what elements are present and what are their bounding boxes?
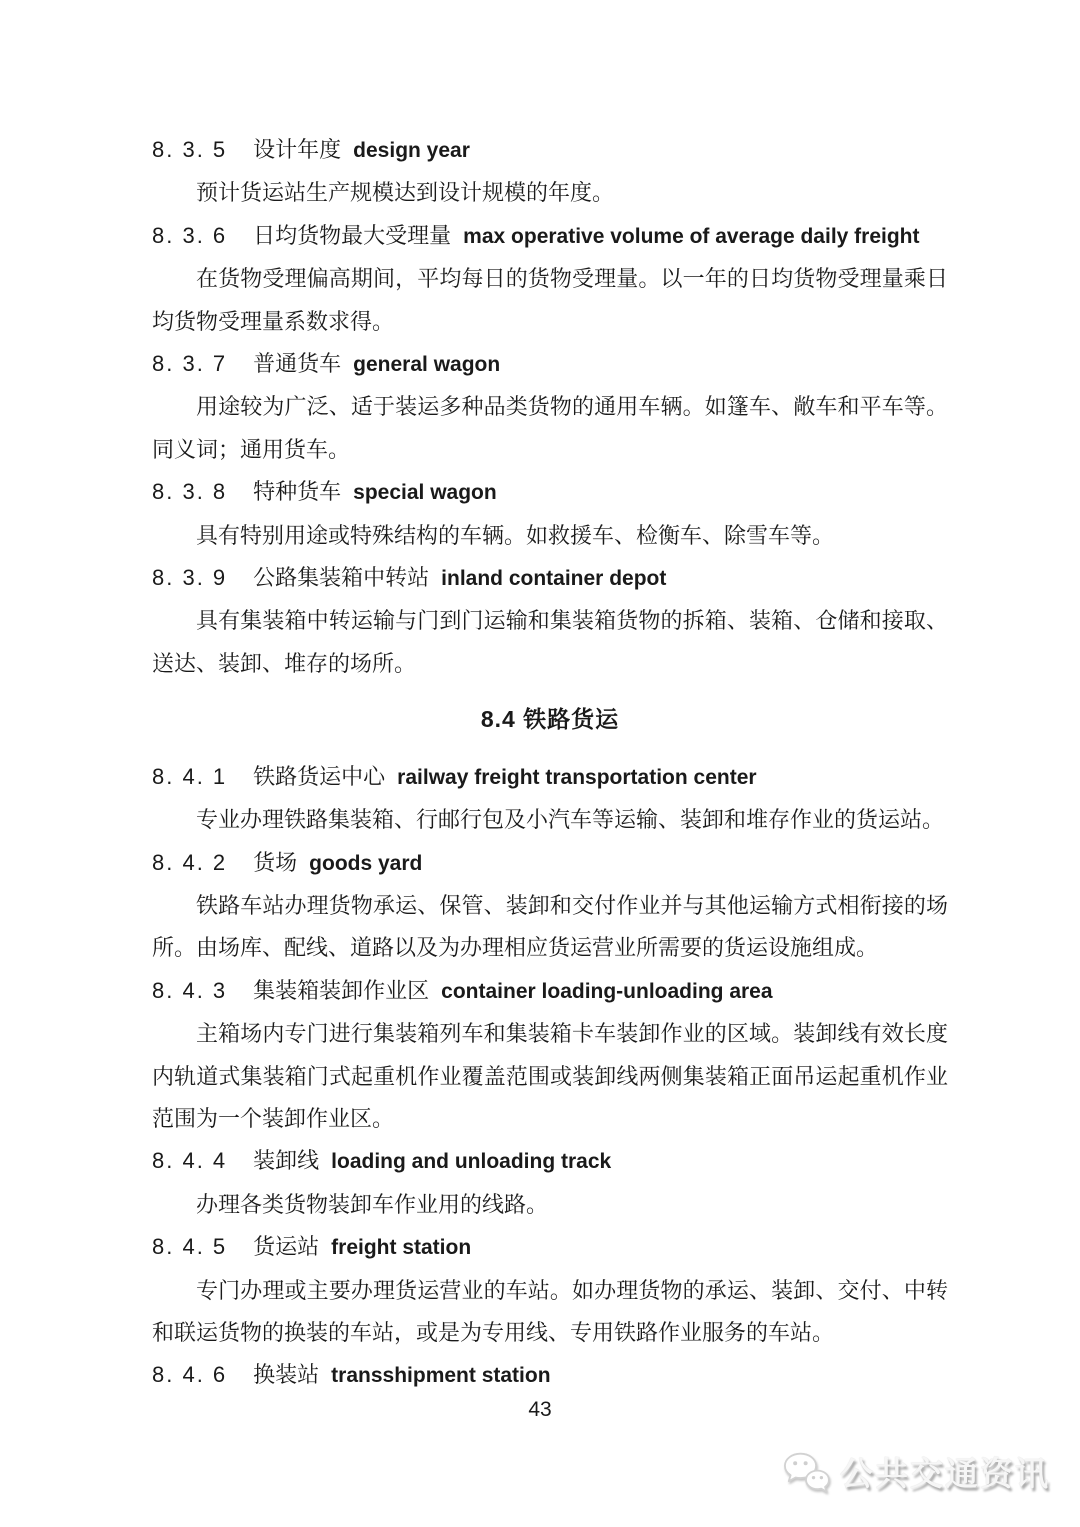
term-number: 8. 4. 6: [152, 1362, 227, 1387]
term-block: 8. 4. 5货运站freight station专门办理或主要办理货运营业的车…: [152, 1226, 948, 1354]
term-english: freight station: [331, 1236, 471, 1259]
term-number: 8. 4. 3: [152, 978, 227, 1003]
term-number: 8. 4. 5: [152, 1234, 227, 1259]
term-definition: 专门办理或主要办理货运营业的车站。如办理货物的承运、装卸、交付、中转和联运货物的…: [152, 1270, 948, 1355]
term-english: loading and unloading track: [331, 1150, 611, 1173]
term-block: 8. 3. 9公路集装箱中转站inland container depot具有集…: [152, 557, 948, 685]
term-chinese: 装卸线: [253, 1148, 319, 1173]
term-definition: 具有特别用途或特殊结构的车辆。如救援车、检衡车、除雪车等。: [152, 515, 948, 557]
term-number: 8. 3. 6: [152, 223, 227, 248]
term-heading: 8. 3. 9公路集装箱中转站inland container depot: [152, 557, 948, 600]
wechat-icon: [782, 1450, 830, 1494]
term-heading: 8. 4. 3集装箱装卸作业区container loading-unloadi…: [152, 970, 948, 1013]
term-chinese: 公路集装箱中转站: [253, 565, 429, 590]
term-heading: 8. 4. 5货运站freight station: [152, 1226, 948, 1269]
term-heading: 8. 4. 4装卸线loading and unloading track: [152, 1140, 948, 1183]
watermark-label: 公共交通资讯: [840, 1448, 1050, 1495]
term-number: 8. 3. 5: [152, 137, 227, 162]
term-chinese: 特种货车: [253, 479, 341, 504]
term-block: 8. 4. 4装卸线loading and unloading track办理各…: [152, 1140, 948, 1226]
term-english: container loading-unloading area: [441, 980, 772, 1003]
section-heading: 8.4 铁路货运: [152, 698, 948, 740]
term-number: 8. 3. 7: [152, 351, 227, 376]
term-heading: 8. 3. 8特种货车special wagon: [152, 471, 948, 514]
term-block: 8. 4. 2货场goods yard铁路车站办理货物承运、保管、装卸和交付作业…: [152, 842, 948, 970]
term-chinese: 日均货物最大受理量: [253, 223, 451, 248]
term-definition: 铁路车站办理货物承运、保管、装卸和交付作业并与其他运输方式相衔接的场所。由场库、…: [152, 885, 948, 970]
term-block: 8. 4. 1铁路货运中心railway freight transportat…: [152, 756, 948, 842]
term-english: inland container depot: [441, 567, 666, 590]
term-number: 8. 4. 4: [152, 1148, 227, 1173]
term-heading: 8. 3. 6日均货物最大受理量max operative volume of …: [152, 215, 948, 258]
term-definition: 预计货运站生产规模达到设计规模的年度。: [152, 172, 948, 214]
term-chinese: 换装站: [253, 1362, 319, 1387]
term-english: special wagon: [353, 481, 497, 504]
term-heading: 8. 4. 6换装站transshipment station: [152, 1354, 948, 1397]
term-chinese: 设计年度: [253, 137, 341, 162]
term-english: railway freight transportation center: [397, 766, 756, 789]
term-number: 8. 3. 8: [152, 479, 227, 504]
term-english: max operative volume of average daily fr…: [463, 225, 919, 248]
term-block: 8. 4. 3集装箱装卸作业区container loading-unloadi…: [152, 970, 948, 1141]
term-chinese: 普通货车: [253, 351, 341, 376]
term-number: 8. 3. 9: [152, 565, 227, 590]
term-chinese: 货场: [253, 850, 297, 875]
term-definition: 办理各类货物装卸车作业用的线路。: [152, 1184, 948, 1226]
term-definition: 专业办理铁路集装箱、行邮行包及小汽车等运输、装卸和堆存作业的货运站。: [152, 799, 948, 841]
term-block: 8. 3. 5设计年度design year预计货运站生产规模达到设计规模的年度…: [152, 129, 948, 215]
term-block: 8. 3. 8特种货车special wagon具有特别用途或特殊结构的车辆。如…: [152, 471, 948, 557]
term-block: 8. 3. 7普通货车general wagon用途较为广泛、适于装运多种品类货…: [152, 343, 948, 471]
term-definition: 具有集装箱中转运输与门到门运输和集装箱货物的拆箱、装箱、仓储和接取、送达、装卸、…: [152, 600, 948, 685]
term-heading: 8. 3. 7普通货车general wagon: [152, 343, 948, 386]
term-definition: 用途较为广泛、适于装运多种品类货物的通用车辆。如篷车、敞车和平车等。同义词；通用…: [152, 386, 948, 471]
document-page: 8. 3. 5设计年度design year预计货运站生产规模达到设计规模的年度…: [0, 0, 1080, 1398]
term-heading: 8. 4. 1铁路货运中心railway freight transportat…: [152, 756, 948, 799]
terminology-content: 8. 3. 5设计年度design year预计货运站生产规模达到设计规模的年度…: [0, 0, 1080, 1398]
watermark: 公共交通资讯: [782, 1448, 1050, 1495]
term-english: design year: [353, 139, 470, 162]
term-english: goods yard: [309, 852, 422, 875]
term-heading: 8. 4. 2货场goods yard: [152, 842, 948, 885]
term-chinese: 铁路货运中心: [253, 764, 385, 789]
term-block: 8. 4. 6换装站transshipment station: [152, 1354, 948, 1397]
term-english: transshipment station: [331, 1364, 550, 1387]
term-definition: 主箱场内专门进行集装箱列车和集装箱卡车装卸作业的区域。装卸线有效长度内轨道式集装…: [152, 1013, 948, 1140]
page-number: 43: [0, 1398, 1080, 1422]
term-block: 8. 3. 6日均货物最大受理量max operative volume of …: [152, 215, 948, 343]
term-chinese: 货运站: [253, 1234, 319, 1259]
term-chinese: 集装箱装卸作业区: [253, 978, 429, 1003]
term-definition: 在货物受理偏高期间，平均每日的货物受理量。以一年的日均货物受理量乘日均货物受理量…: [152, 258, 948, 343]
term-english: general wagon: [353, 353, 500, 376]
term-number: 8. 4. 2: [152, 850, 227, 875]
term-number: 8. 4. 1: [152, 764, 227, 789]
term-heading: 8. 3. 5设计年度design year: [152, 129, 948, 172]
